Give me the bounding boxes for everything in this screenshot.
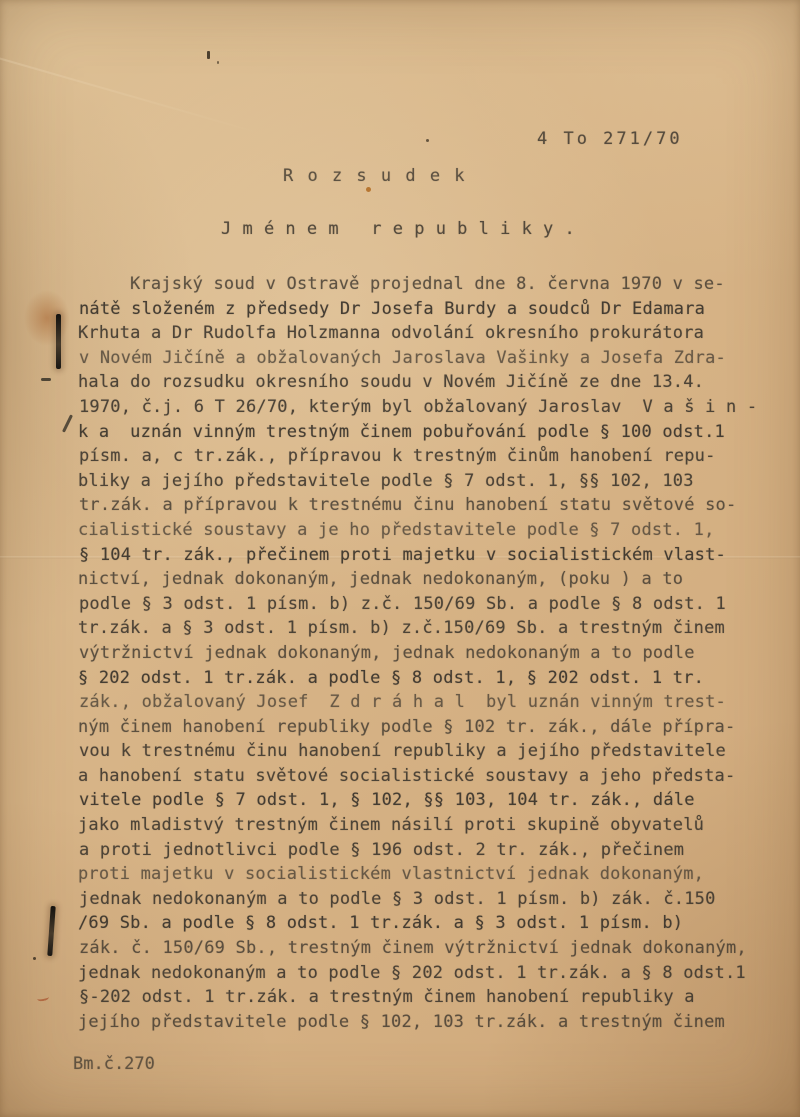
ink-speck [33,957,36,960]
body-line: výtržnictví jednak dokonaným, jednak ned… [79,641,769,666]
body-line: tr.zák. a přípravou k trestnému činu han… [79,493,769,518]
body-line: hala do rozsudku okresního soudu v Novém… [78,370,768,395]
body-paragraph: Krajský soud v Ostravě projednal dne 8. … [78,272,768,1034]
rust-stain [24,290,70,346]
paper-crease [0,51,264,136]
body-line: Krajský soud v Ostravě projednal dne 8. … [78,272,768,297]
judgment-title: R o z s u d e k [283,166,467,186]
judgment-subtitle: J m é n e m r e p u b l i k y . [221,219,575,239]
body-line: § 202 odst. 1 tr.zák. a podle § 8 odst. … [78,666,768,691]
body-line: nictví, jednak dokonaným, jednak nedokon… [78,567,768,592]
body-line: jako mladistvý trestným činem násilí pro… [78,813,768,838]
body-line: jejího představitele podle § 102, 103 tr… [78,1010,768,1035]
body-line: 1970, č.j. 6 T 26/70, kterým byl obžalov… [79,395,769,420]
body-line: a hanobení statu světové socialistické s… [78,764,768,789]
body-line: §-202 odst. 1 tr.zák. a trestným činem h… [79,985,769,1010]
body-line: v Novém Jičíně a obžalovaných Jaroslava … [79,346,769,371]
case-number: 4 To 271/70 [537,129,683,149]
body-line: Krhuta a Dr Rudolfa Holzmanna odvolání o… [78,321,768,346]
rust-speck [366,187,371,192]
body-line: podle § 3 odst. 1 písm. b) z.č. 150/69 S… [79,592,769,617]
red-pencil-mark [37,994,50,1002]
ink-speck [217,61,219,64]
body-line: /69 Sb. a podle § 8 odst. 1 tr.zák. a § … [78,911,768,936]
handwritten-dash-mark [41,378,51,381]
body-line: ným činem hanobení republiky podle § 102… [78,715,768,740]
body-line: jednak nedokonaným a to podle § 202 odst… [78,961,768,986]
staple-icon [47,906,55,956]
body-line: písm. a, c tr.zák., přípravou k trestným… [79,444,769,469]
body-line: tr.zák. a § 3 odst. 1 písm. b) z.č.150/6… [78,616,768,641]
footer-reference: Bm.č.270 [73,1054,155,1074]
body-line: k a uznán vinným trestným činem pobuřová… [78,420,768,445]
body-line: proti majetku v socialistickém vlastnict… [78,862,768,887]
body-line: zák., obžalovaný Josef Z d r á h a l byl… [79,690,769,715]
body-line: § 104 tr. zák., přečinem proti majetku v… [79,543,769,568]
body-line: a proti jednotlivci podle § 196 odst. 2 … [79,838,769,863]
body-line: nátě složeném z předsedy Dr Josefa Burdy… [79,297,769,322]
body-line: bliky a jejího představitele podle § 7 o… [78,469,768,494]
ink-speck [426,139,429,142]
body-line: zák. č. 150/69 Sb., trestným činem výtrž… [79,936,769,961]
staple-icon [56,314,61,369]
handwritten-check-mark [62,414,73,432]
body-line: vou k trestnému činu hanobení republiky … [79,739,769,764]
body-line: vitele podle § 7 odst. 1, § 102, §§ 103,… [79,788,769,813]
ink-speck [207,51,210,59]
document-page: 4 To 271/70 R o z s u d e k J m é n e m … [0,0,800,1117]
body-line: cialistické soustavy a je ho představite… [78,518,768,543]
body-line: jednak nedokonaným a to podle § 3 odst. … [79,887,769,912]
